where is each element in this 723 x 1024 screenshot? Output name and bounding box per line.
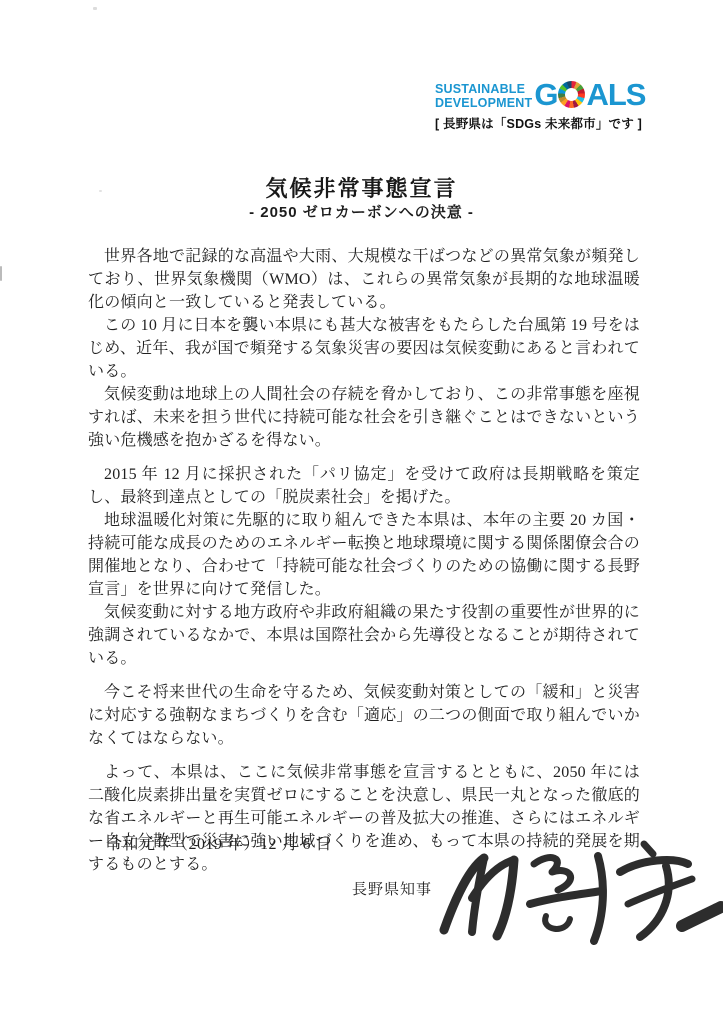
sdg-future-city-tagline: [ 長野県は「SDGs 未来都市」です ] bbox=[435, 114, 650, 132]
sdg-logo-words: SUSTAINABLE DEVELOPMENT bbox=[435, 83, 532, 110]
page-title: 気候非常事態宣言 bbox=[0, 172, 723, 203]
document-page: SUSTAINABLE DEVELOPMENT G ALS [ 長野県は「SDG… bbox=[0, 0, 723, 1024]
sdg-logo: SUSTAINABLE DEVELOPMENT G ALS [ 長野県は「SDG… bbox=[435, 79, 650, 132]
paragraph: この 10 月に日本を襲い本県にも甚大な被害をもたらした台風第 19 号をはじめ… bbox=[88, 314, 640, 383]
paragraph: 気候変動は地球上の人間社会の存続を脅かしており、この非常事態を座視すれば、未来を… bbox=[88, 383, 640, 452]
page-subtitle: - 2050 ゼロカーボンへの決意 - bbox=[0, 201, 723, 222]
paragraph: 2015 年 12 月に採択された「パリ協定」を受けて政府は長期戦略を策定し、最… bbox=[88, 463, 640, 509]
paragraph: 気候変動に対する地方政府や非政府組織の果たす役割の重要性が世界的に強調されている… bbox=[88, 601, 640, 670]
paragraph: 今こそ将来世代の生命を守るため、気候変動対策としての「緩和」と災害に対応する強靭… bbox=[88, 681, 640, 750]
paragraph: 地球温暖化対策に先駆的に取り組んできた本県は、本年の主要 20 カ国・持続可能な… bbox=[88, 509, 640, 601]
sdg-logo-top: SUSTAINABLE DEVELOPMENT G ALS bbox=[435, 79, 650, 110]
sdg-color-wheel-icon bbox=[558, 81, 585, 108]
sdg-goals-letters-als: ALS bbox=[586, 79, 645, 110]
date-line: 令和元年（2019 年）12 月 6 日 bbox=[106, 831, 332, 854]
sdg-word-sustainable: SUSTAINABLE bbox=[435, 83, 532, 97]
scan-artifact bbox=[93, 7, 97, 10]
declaration-body: 世界各地で記録的な高温や大雨、大規模な干ばつなどの異常気象が頻発しており、世界気… bbox=[88, 245, 640, 876]
governor-signature-calligraphy bbox=[434, 838, 723, 948]
scan-artifact bbox=[99, 190, 102, 192]
signature-block: 長野県知事 bbox=[352, 838, 723, 948]
scan-artifact bbox=[0, 266, 2, 281]
sdg-goals-letter-g: G bbox=[534, 79, 557, 110]
sdg-goals-wordmark: G ALS bbox=[534, 79, 645, 110]
paragraph: 世界各地で記録的な高温や大雨、大規模な干ばつなどの異常気象が頻発しており、世界気… bbox=[88, 245, 640, 314]
sdg-word-development: DEVELOPMENT bbox=[435, 97, 532, 111]
signature-role: 長野県知事 bbox=[352, 878, 432, 899]
